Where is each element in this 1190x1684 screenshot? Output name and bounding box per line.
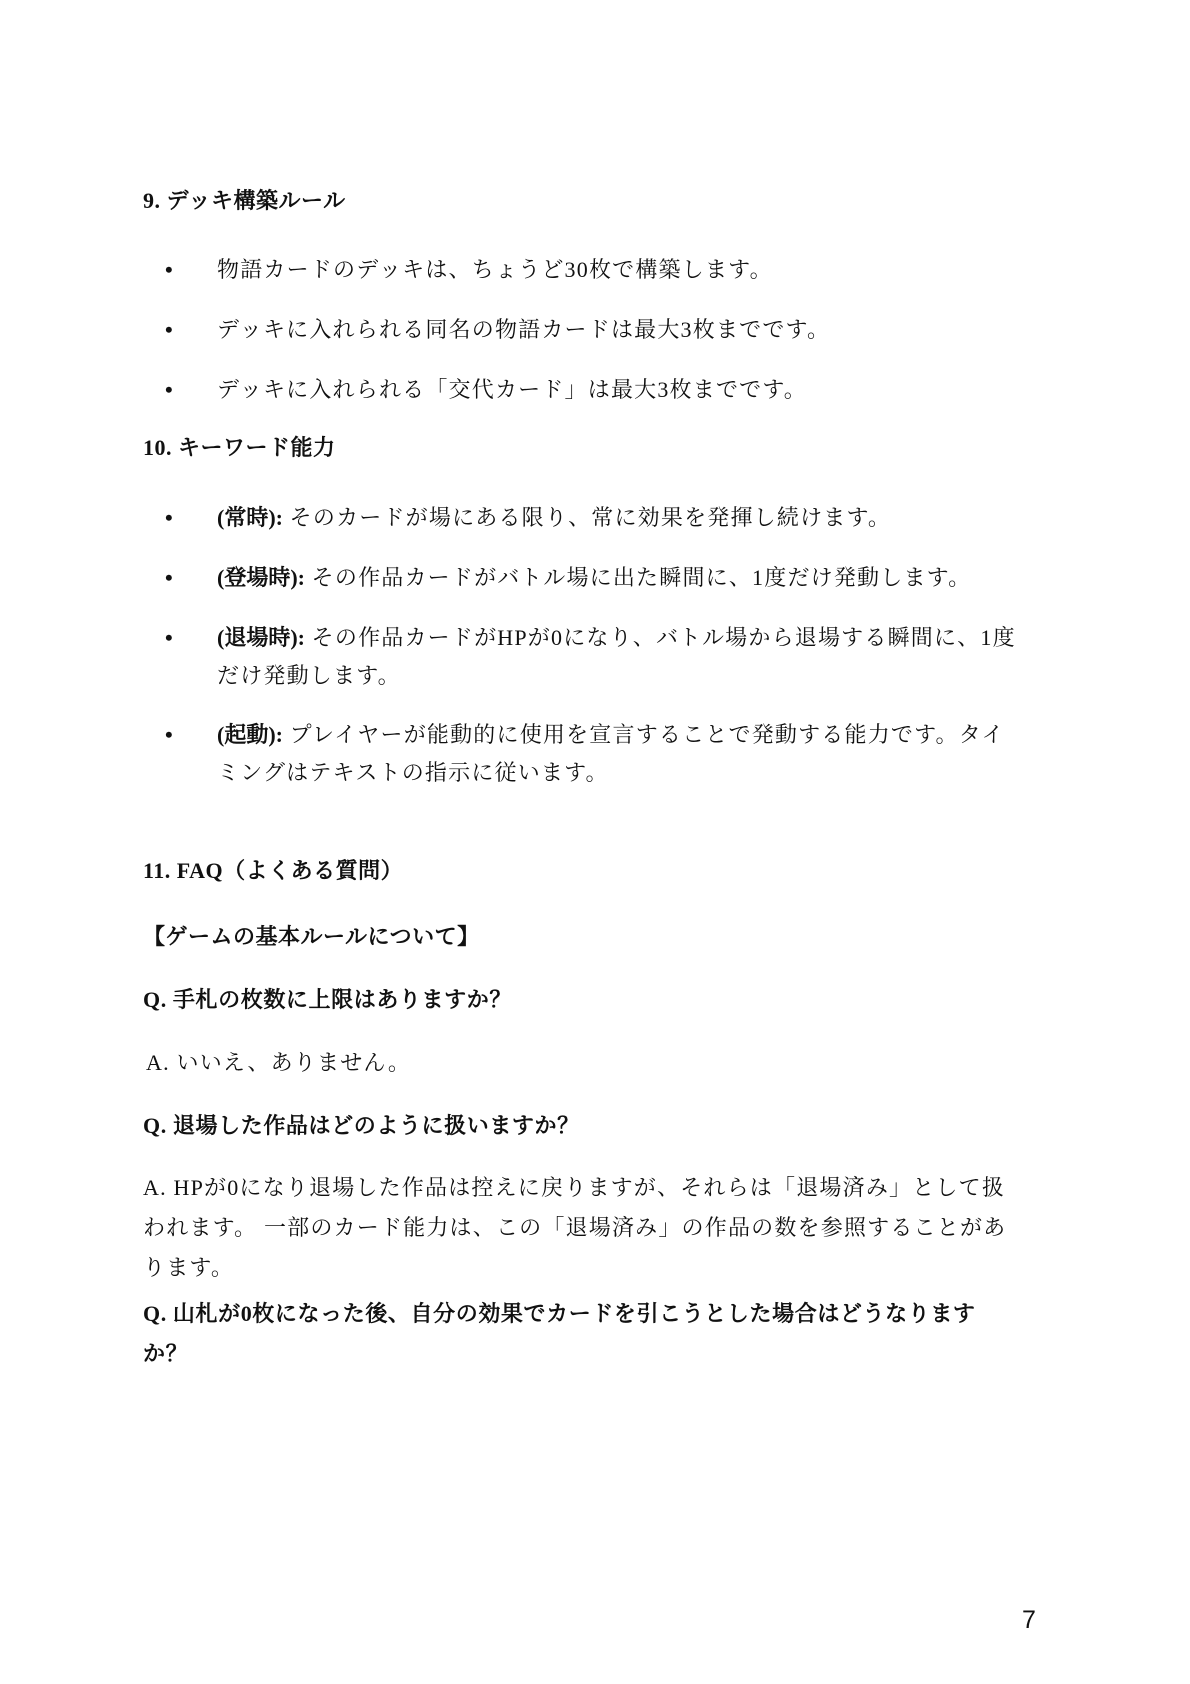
section-heading-faq: 11. FAQ（よくある質問） [143,856,1063,886]
faq-answer-text: われます。 一部のカード能力は、この「退場済み」の作品の数を参照することがあ [143,1208,1063,1248]
faq-question-text: Q. 山札が0枚になった後、自分の効果でカードを引こうとした場合はどうなります [143,1294,1063,1334]
keyword-term: (退場時): [217,625,305,650]
faq-question: Q. 退場した作品はどのように扱いますか？ [143,1106,1063,1146]
faq-answer: A. いいえ、ありません。 [146,1043,1066,1083]
faq-subsection-heading: 【ゲームの基本ルールについて】 [143,922,1063,952]
keyword-description-continued: ミングはテキストの指示に従います。 [217,754,1063,792]
bullet-icon: • [165,619,173,657]
faq-question: Q. 手札の枚数に上限はありますか？ [143,980,1063,1020]
list-item-text: デッキに入れられる「交代カード」は最大3枚までです。 [217,371,1063,409]
section-heading-deck-rules: 9. デッキ構築ルール [143,186,1063,216]
keyword-description: プレイヤーが能動的に使用を宣言することで発動する能力です。タイ [283,722,1005,747]
page-number: 7 [1022,1606,1036,1635]
keyword-description: その作品カードがバトル場に出た瞬間に、1度だけ発動します。 [305,565,971,590]
list-item-text: デッキに入れられる同名の物語カードは最大3枚までです。 [217,311,1063,349]
document-page: 9. デッキ構築ルール • 物語カードのデッキは、ちょうど30枚で構築します。 … [0,0,1190,1684]
keyword-term: (登場時): [217,565,305,590]
faq-question-text: Q. 退場した作品はどのように扱いますか？ [143,1106,1063,1146]
keyword-description: そのカードが場にある限り、常に効果を発揮し続けます。 [283,505,891,530]
bullet-icon: • [165,371,173,409]
bullet-icon: • [165,716,173,754]
bullet-icon: • [165,251,173,289]
faq-question-text: Q. 手札の枚数に上限はありますか？ [143,980,1063,1020]
faq-question: Q. 山札が0枚になった後、自分の効果でカードを引こうとした場合はどうなります … [143,1294,1063,1374]
faq-answer-text: A. HPが0になり退場した作品は控えに戻りますが、それらは「退場済み」として扱 [143,1168,1063,1208]
keyword-description-continued: だけ発動します。 [217,657,1063,695]
faq-question-text: か？ [143,1334,1063,1374]
section-heading-keywords: 10. キーワード能力 [143,433,1063,463]
keyword-term: (起動): [217,722,283,747]
list-item-text: 物語カードのデッキは、ちょうど30枚で構築します。 [217,251,1063,289]
bullet-icon: • [165,559,173,597]
keyword-term: (常時): [217,505,283,530]
bullet-icon: • [165,499,173,537]
faq-answer: A. HPが0になり退場した作品は控えに戻りますが、それらは「退場済み」として扱… [143,1168,1063,1288]
faq-answer-text: A. いいえ、ありません。 [146,1043,1066,1083]
keyword-description: その作品カードがHPが0になり、バトル場から退場する瞬間に、1度 [305,625,1016,650]
bullet-icon: • [165,311,173,349]
faq-answer-text: ります。 [143,1248,1063,1288]
